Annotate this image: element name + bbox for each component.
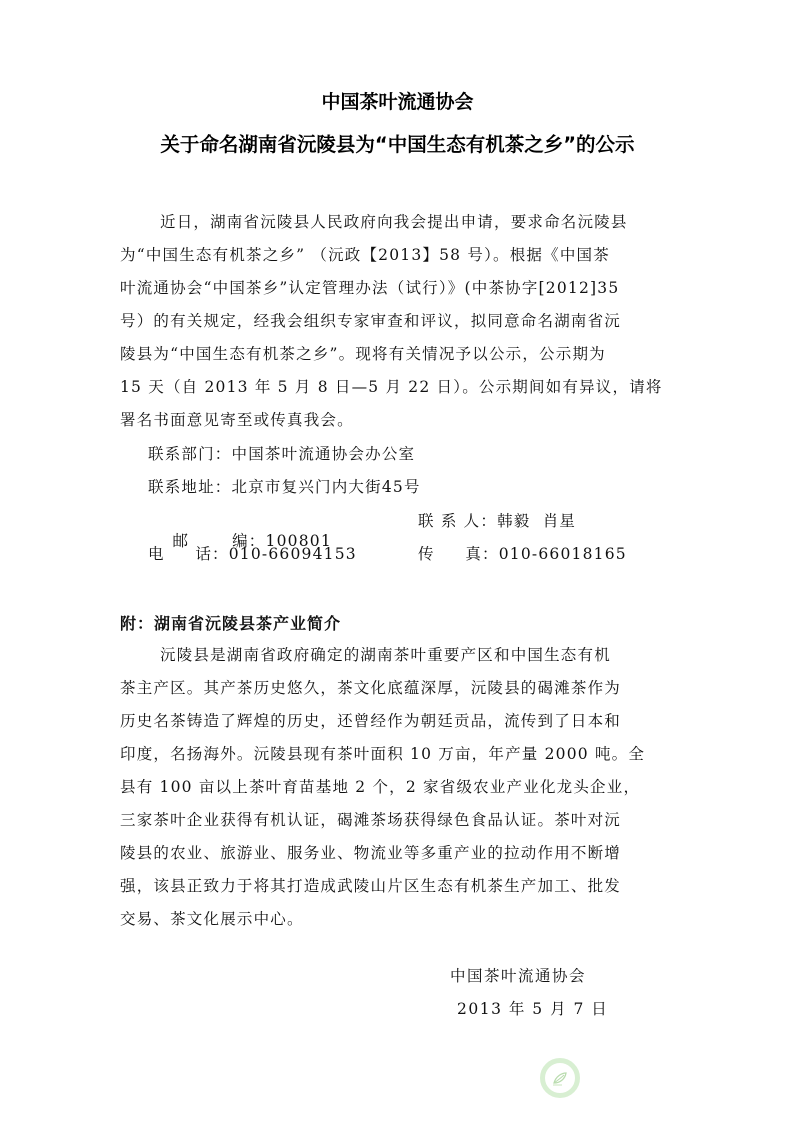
appendix-title: 附：湖南省沅陵县茶产业简介 <box>120 611 341 634</box>
document-title-subject: 关于命名湖南省沅陵县为“中国生态有机茶之乡”的公示 <box>0 129 795 157</box>
contact-fax-label: 传 真： <box>418 545 499 563</box>
contact-person: 联 系 人：韩毅 肖星 <box>418 511 576 531</box>
paragraph1-line: 陵县为“中国生态有机茶之乡”。现将有关情况予以公示，公示期为 <box>120 344 606 364</box>
contact-person-label: 联 系 人： <box>418 512 497 530</box>
paragraph1-line: 署名书面意见寄至或传真我会。 <box>120 410 354 430</box>
paragraph1-line: 近日，湖南省沅陵县人民政府向我会提出申请，要求命名沅陵县 <box>160 212 628 232</box>
contact-address-label: 联系地址： <box>148 478 232 496</box>
appendix-line: 三家茶叶企业获得有机认证，碣滩茶场获得绿色食品认证。茶叶对沅 <box>120 810 621 830</box>
paragraph1-line: 为“中国生态有机茶之乡” （沅政【2013】58 号）。根据《中国茶 <box>120 245 610 265</box>
contact-fax: 传 真：010-66018165 <box>418 544 627 564</box>
appendix-line: 沅陵县是湖南省政府确定的湖南茶叶重要产区和中国生态有机 <box>160 645 611 665</box>
paragraph1-line: 号）的有关规定，经我会组织专家审查和评议，拟同意命名湖南省沅 <box>120 311 621 331</box>
contact-phone-value: 010-66094153 <box>229 545 357 563</box>
paragraph1-line: 叶流通协会“中国茶乡”认定管理办法（试行）》(中茶协字[2012]35 <box>120 278 619 298</box>
appendix-line: 印度，名扬海外。沅陵县现有茶叶面积 10 万亩，年产量 2000 吨。全 <box>120 744 645 764</box>
contact-department: 联系部门：中国茶叶流通协会办公室 <box>148 444 415 464</box>
contact-phone-label: 电 话： <box>148 545 229 563</box>
contact-person-value: 韩毅 肖星 <box>497 512 576 530</box>
contact-phone: 电 话：010-66094153 <box>148 544 357 564</box>
leaf-icon <box>550 1068 570 1088</box>
appendix-line: 历史名茶铸造了辉煌的历史，还曾经作为朝廷贡品，流传到了日本和 <box>120 711 621 731</box>
appendix-line: 强，该县正致力于将其打造成武陵山片区生态有机茶生产加工、批发 <box>120 876 621 896</box>
contact-fax-value: 010-66018165 <box>499 545 627 563</box>
signature-date: 2013 年 5 月 7 日 <box>457 997 608 1019</box>
appendix-line: 县有 100 亩以上茶叶育苗基地 2 个，2 家省级农业产业化龙头企业， <box>120 777 640 797</box>
contact-department-label: 联系部门： <box>148 445 232 463</box>
contact-address-value: 北京市复兴门内大街45号 <box>232 478 421 496</box>
leaf-seal-icon <box>540 1058 580 1098</box>
paragraph1-line: 15 天（自 2013 年 5 月 8 日—5 月 22 日）。公示期间如有异议… <box>120 377 663 397</box>
document-title-org: 中国茶叶流通协会 <box>0 87 795 114</box>
appendix-line: 陵县的农业、旅游业、服务业、物流业等多重产业的拉动作用不断增 <box>120 843 621 863</box>
contact-address: 联系地址：北京市复兴门内大街45号 <box>148 477 421 497</box>
appendix-line: 交易、茶文化展示中心。 <box>120 909 304 929</box>
document-page: 中国茶叶流通协会 关于命名湖南省沅陵县为“中国生态有机茶之乡”的公示 近日，湖南… <box>0 0 795 1123</box>
appendix-line: 茶主产区。其产茶历史悠久，茶文化底蕴深厚，沅陵县的碣滩茶作为 <box>120 678 621 698</box>
contact-department-value: 中国茶叶流通协会办公室 <box>232 445 416 463</box>
signature-organization: 中国茶叶流通协会 <box>450 964 586 986</box>
